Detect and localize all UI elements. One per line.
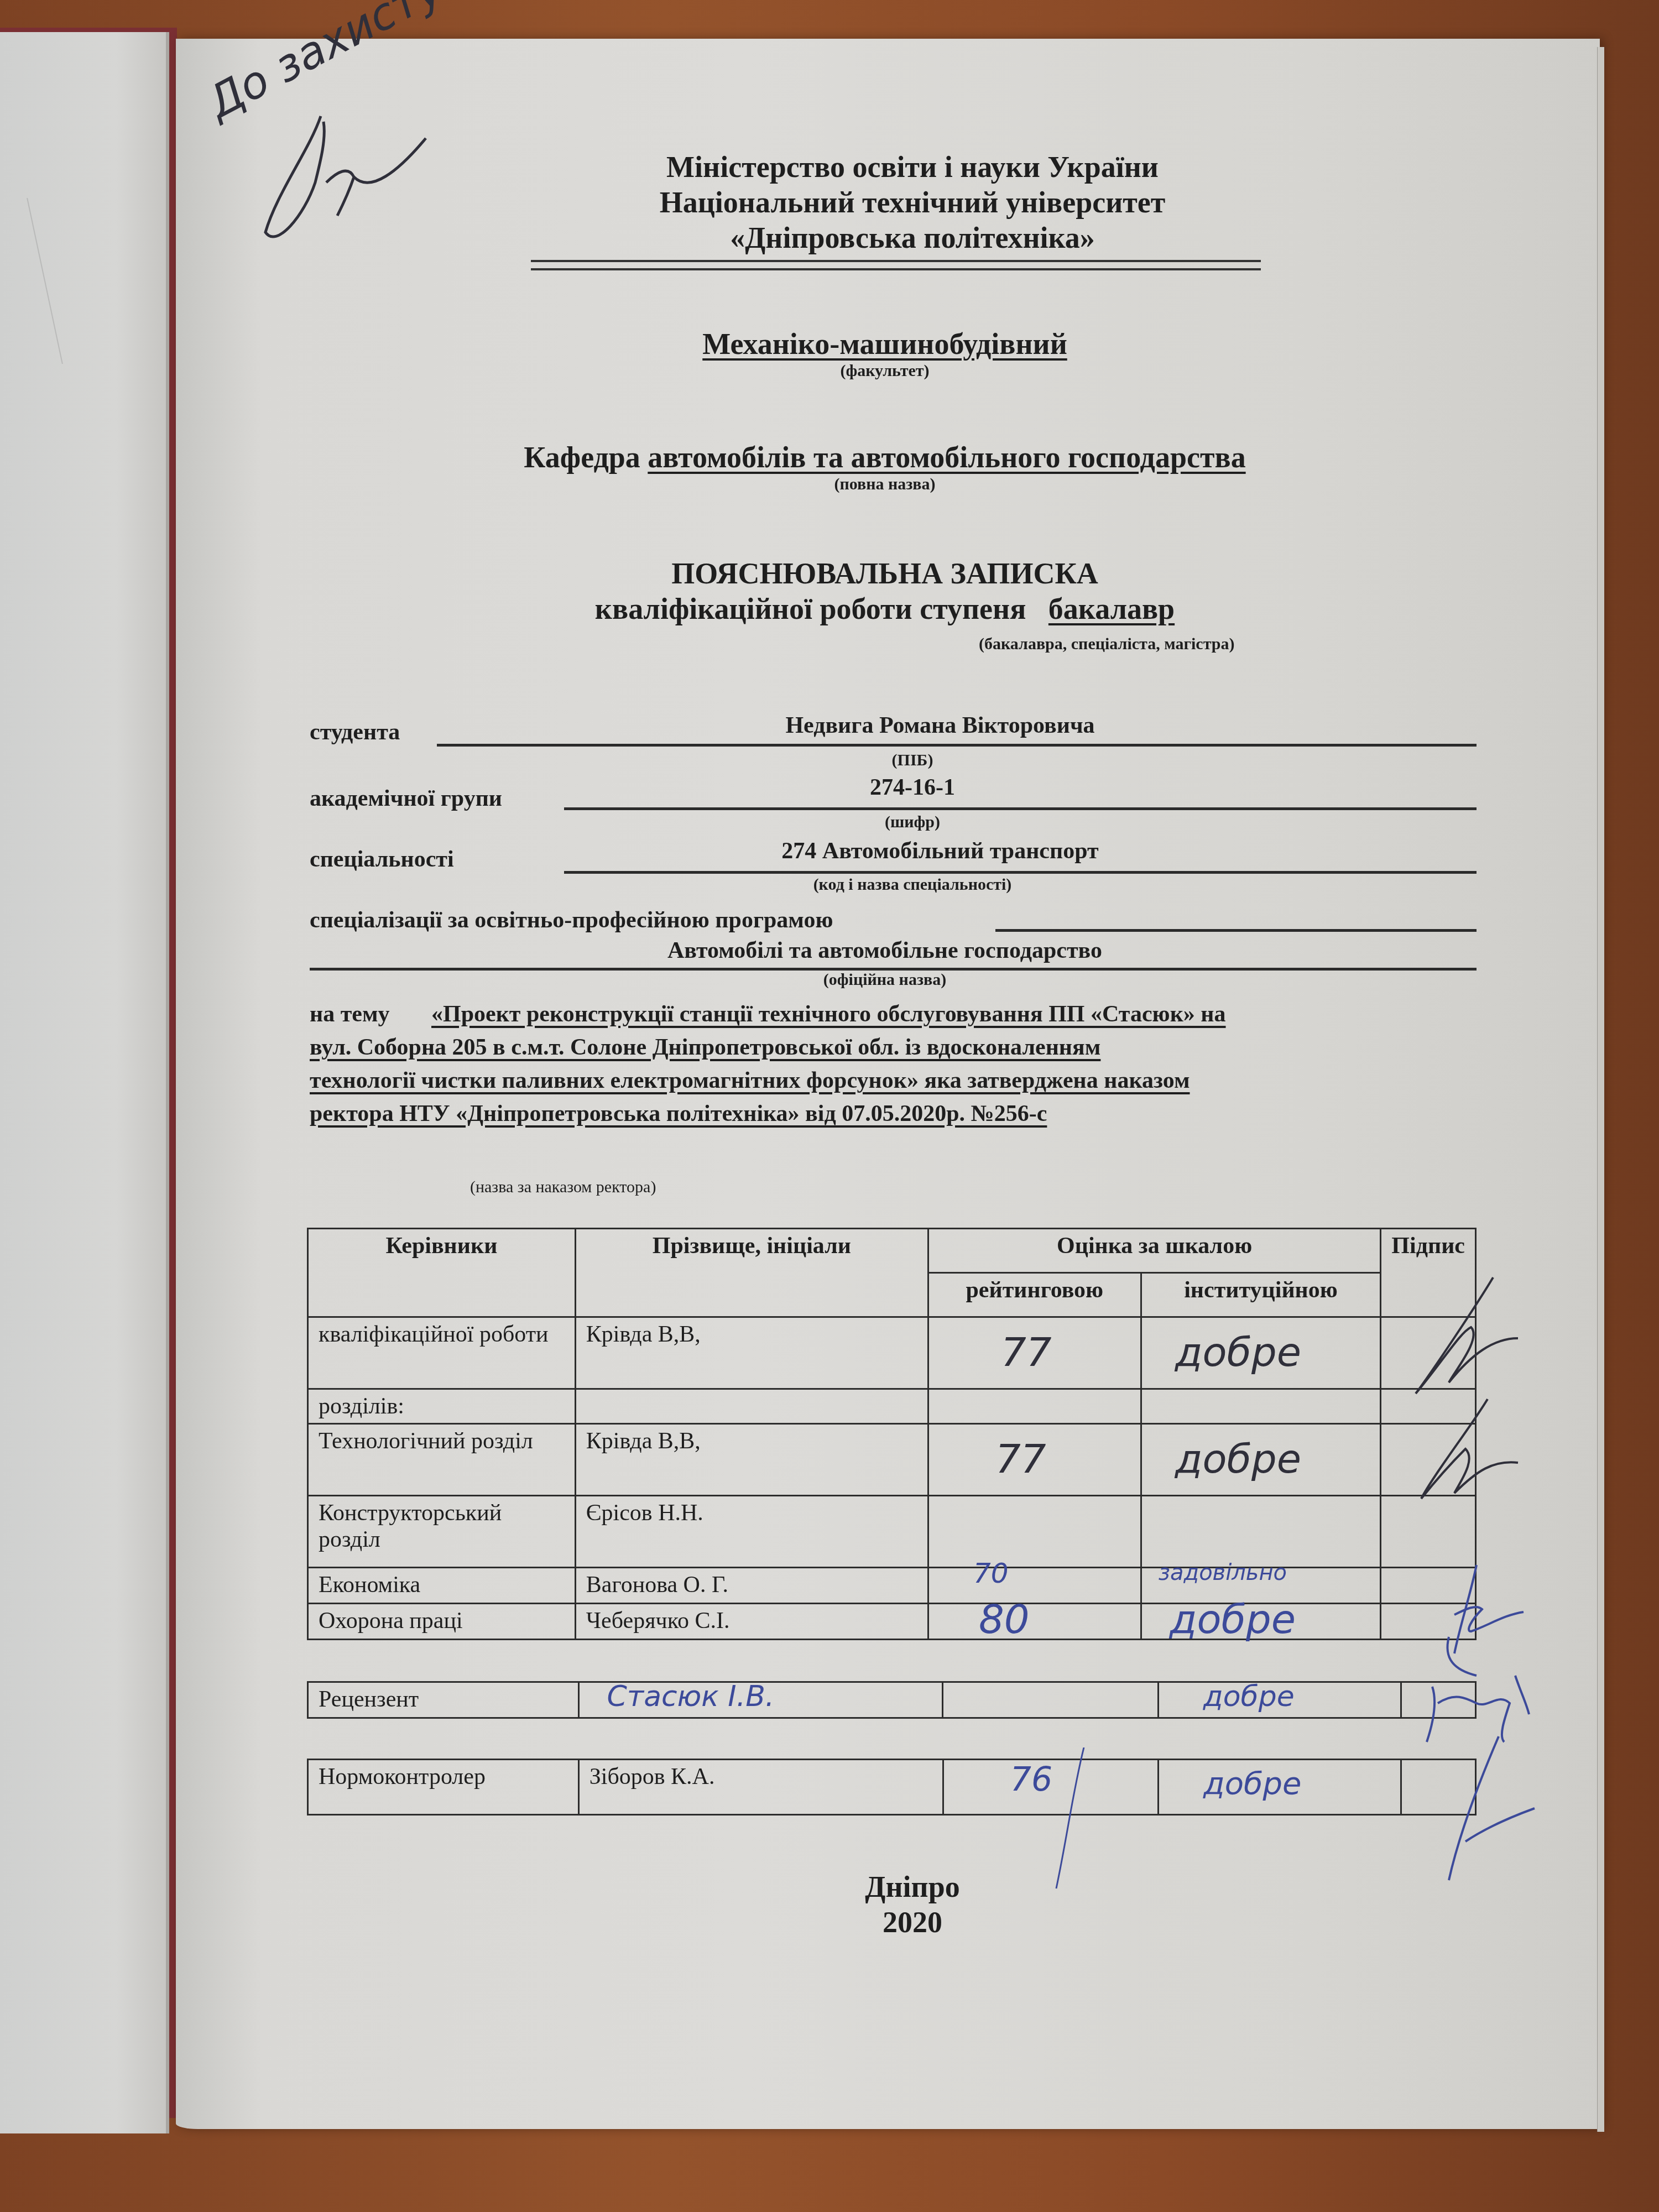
topic-label: на тему bbox=[310, 1001, 390, 1027]
header-supervisors: Керівники bbox=[308, 1229, 576, 1317]
header-grade: Оцінка за шкалою bbox=[928, 1229, 1380, 1273]
topic-line-1: «Проект реконструкції станції технічного… bbox=[431, 1001, 1226, 1027]
topic-line-3: технології чистки паливних електромагніт… bbox=[310, 1067, 1190, 1094]
header-divider-2 bbox=[531, 268, 1261, 270]
topic-caption: (назва за наказом ректора) bbox=[470, 1178, 656, 1197]
row-name: Крівда В,В, bbox=[575, 1317, 928, 1389]
reviewer-institutional: добре bbox=[1158, 1682, 1401, 1718]
row-signature bbox=[1381, 1496, 1476, 1568]
row-name: Єрісов Н.Н. bbox=[575, 1496, 928, 1568]
row-name: Вагонова О. Г. bbox=[575, 1568, 928, 1604]
ministry-name: Міністерство освіти і науки України bbox=[553, 149, 1272, 185]
header-name: Прізвище, ініціали bbox=[575, 1229, 928, 1317]
specialization-caption: (офіційна назва) bbox=[774, 971, 995, 989]
row-role: розділів: bbox=[308, 1389, 576, 1424]
row-institutional bbox=[1141, 1389, 1381, 1424]
reviewer-rating bbox=[943, 1682, 1158, 1718]
row-rating: 80 bbox=[928, 1604, 1141, 1640]
city: Дніпро bbox=[747, 1869, 1078, 1905]
faculty-caption: (факультет) bbox=[498, 362, 1272, 380]
specialization-underline-1 bbox=[995, 929, 1477, 932]
header-divider bbox=[531, 260, 1261, 262]
table-row: Економіка Вагонова О. Г. 70 задовільно bbox=[308, 1568, 1476, 1604]
row-institutional: добре bbox=[1141, 1317, 1381, 1389]
table-row: Охорона праці Чеберячко С.І. 80 добре bbox=[308, 1604, 1476, 1640]
header-institutional: інституційною bbox=[1141, 1273, 1381, 1317]
student-caption: (ПІБ) bbox=[830, 751, 995, 770]
topic-line-4: ректора НТУ «Дніпропетровська політехнік… bbox=[310, 1100, 1047, 1127]
specialty-caption: (код і назва спеціальності) bbox=[747, 875, 1078, 894]
signature-icon bbox=[1416, 1731, 1537, 1886]
signature-icon bbox=[243, 105, 442, 249]
row-rating bbox=[928, 1389, 1141, 1424]
year: 2020 bbox=[747, 1905, 1078, 1940]
row-institutional: добре bbox=[1141, 1424, 1381, 1496]
row-role: Економіка bbox=[308, 1568, 576, 1604]
student-name: Недвига Романа Вікторовича bbox=[664, 712, 1217, 739]
signature-icon bbox=[1399, 1272, 1521, 1405]
row-role: Технологічний розділ bbox=[308, 1424, 576, 1496]
specialization-value: Автомобілі та автомобільне господарство bbox=[553, 937, 1217, 964]
table-row: Технологічний розділ Крівда В,В, 77 добр… bbox=[308, 1424, 1476, 1496]
degree-value: бакалавр bbox=[1048, 592, 1175, 625]
row-name bbox=[575, 1389, 928, 1424]
table-row: Конструкторський розділ Єрісов Н.Н. bbox=[308, 1496, 1476, 1568]
university-name: Національний технічний університет bbox=[553, 185, 1272, 220]
group-label: академічної групи bbox=[310, 785, 502, 812]
normcontrol-row: Нормоконтролер Зіборов К.А. 76 добре bbox=[308, 1760, 1476, 1815]
specialty-label: спеціальності bbox=[310, 846, 454, 873]
reviewer-row: Рецензент Стасюк І.В. добре bbox=[308, 1682, 1476, 1718]
row-institutional bbox=[1141, 1496, 1381, 1568]
specialty-underline bbox=[564, 871, 1477, 874]
paper-crease bbox=[0, 198, 63, 364]
document-title: ПОЯСНЮВАЛЬНА ЗАПИСКА bbox=[498, 556, 1272, 591]
degree-label: кваліфікаційної роботи ступеня bbox=[595, 592, 1026, 625]
reviewer-table: Рецензент Стасюк І.В. добре bbox=[307, 1681, 1477, 1719]
row-rating: 70 bbox=[928, 1568, 1141, 1604]
department-caption: (повна назва) bbox=[387, 475, 1383, 494]
reviewer-name: Стасюк І.В. bbox=[578, 1682, 943, 1718]
left-flyleaf-page bbox=[0, 32, 169, 2133]
grades-table: Керівники Прізвище, ініціали Оцінка за ш… bbox=[307, 1228, 1477, 1640]
normcontrol-role: Нормоконтролер bbox=[308, 1760, 579, 1815]
group-underline bbox=[564, 807, 1477, 810]
row-rating bbox=[928, 1496, 1141, 1568]
faculty-name: Механіко-машинобудівний bbox=[498, 326, 1272, 362]
student-label: студента bbox=[310, 719, 400, 745]
specialty-value: 274 Автомобільний транспорт bbox=[691, 838, 1189, 864]
group-value: 274-16-1 bbox=[830, 774, 995, 801]
department-name: автомобілів та автомобільного господарст… bbox=[648, 441, 1245, 474]
department-prefix: Кафедра bbox=[524, 441, 640, 474]
normcontrol-table: Нормоконтролер Зіборов К.А. 76 добре bbox=[307, 1759, 1477, 1815]
row-role: кваліфікаційної роботи bbox=[308, 1317, 576, 1389]
student-underline bbox=[437, 744, 1477, 747]
table-row: кваліфікаційної роботи Крівда В,В, 77 до… bbox=[308, 1317, 1476, 1389]
row-name: Чеберячко С.І. bbox=[575, 1604, 928, 1640]
signature-icon bbox=[1416, 1559, 1526, 1681]
row-role: Охорона праці bbox=[308, 1604, 576, 1640]
specialization-label: спеціалізації за освітньо-професійною пр… bbox=[310, 907, 833, 933]
reviewer-role: Рецензент bbox=[308, 1682, 579, 1718]
row-role: Конструкторський розділ bbox=[308, 1496, 576, 1568]
row-name: Крівда В,В, bbox=[575, 1424, 928, 1496]
table-row: розділів: bbox=[308, 1389, 1476, 1424]
degree-caption: (бакалавра, спеціаліста, магістра) bbox=[979, 635, 1234, 654]
normcontrol-name: Зіборов К.А. bbox=[578, 1760, 943, 1815]
page-edge bbox=[1597, 47, 1604, 2132]
row-institutional: добре bbox=[1141, 1604, 1381, 1640]
topic-line-2: вул. Соборна 205 в с.м.т. Солоне Дніпроп… bbox=[310, 1034, 1100, 1061]
row-rating: 77 bbox=[928, 1424, 1141, 1496]
header-rating: рейтинговою bbox=[928, 1273, 1141, 1317]
normcontrol-institutional: добре bbox=[1158, 1760, 1401, 1815]
signature-icon bbox=[1399, 1394, 1521, 1504]
group-caption: (шифр) bbox=[830, 813, 995, 832]
university-title: «Дніпровська політехніка» bbox=[553, 220, 1272, 255]
row-rating: 77 bbox=[928, 1317, 1141, 1389]
